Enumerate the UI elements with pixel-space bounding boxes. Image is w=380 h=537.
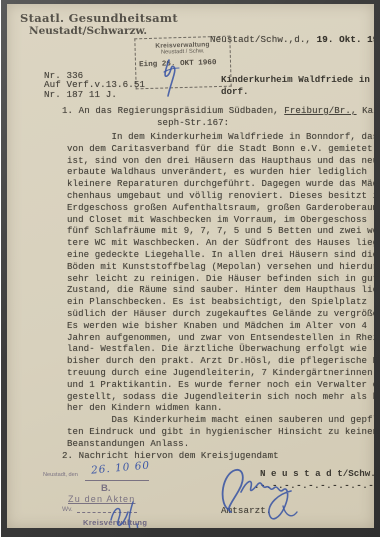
letterhead-place: Neustadt/Schwarzw. (29, 25, 178, 38)
letterhead: Staatl. Gesundheitsamt Neustadt/Schwarzw… (20, 12, 178, 38)
body-paragraph-1: In dem Kinderkurheim Waldfriede in Bonnd… (67, 131, 374, 414)
reference-numbers: Nr. 336 Auf Verf.v.13.6.51 Nr. 187 11 J. (44, 71, 145, 99)
scanned-document: Staatl. Gesundheitsamt Neustadt/Schwarzw… (0, 0, 380, 537)
body-item-1: 1. An das Regierungspräsidium Südbaden, … (62, 105, 374, 117)
subject-line: Kinderkurheim Waldfriede in Bonn= dorf. (221, 74, 374, 98)
footer-date-label: Neustadt, den (43, 472, 78, 478)
pen-checkmark (157, 56, 191, 100)
letterhead-office: Staatl. Gesundheitsamt (20, 12, 178, 25)
date-line: Neustadt/Schw.,d., 19. Okt. 1960. (210, 34, 374, 45)
footer-date-ruled-line (85, 480, 149, 481)
body-paragraph-2: Das Kinderkurheim macht einen sauberen u… (67, 414, 374, 449)
item1-text: 1. An das Regierungspräsidium Südbaden, (62, 105, 284, 116)
footer-b-mark: B. (101, 483, 111, 494)
item1-text-end: Kaiser Jo= (357, 105, 374, 116)
footer-wv-label: Wv. (62, 506, 73, 513)
pen-initials (103, 496, 147, 528)
body-item-1-line2: seph-Str.167: (157, 117, 229, 129)
amtsarzt-signature (213, 460, 313, 528)
date-line-date: 19. Okt. 1960. (317, 34, 374, 45)
item1-underlined-address: Freiburg/Br., (284, 105, 356, 116)
handwritten-date: 26. 10 60 (91, 459, 151, 476)
paper-page: Staatl. Gesundheitsamt Neustadt/Schwarzw… (7, 4, 374, 528)
